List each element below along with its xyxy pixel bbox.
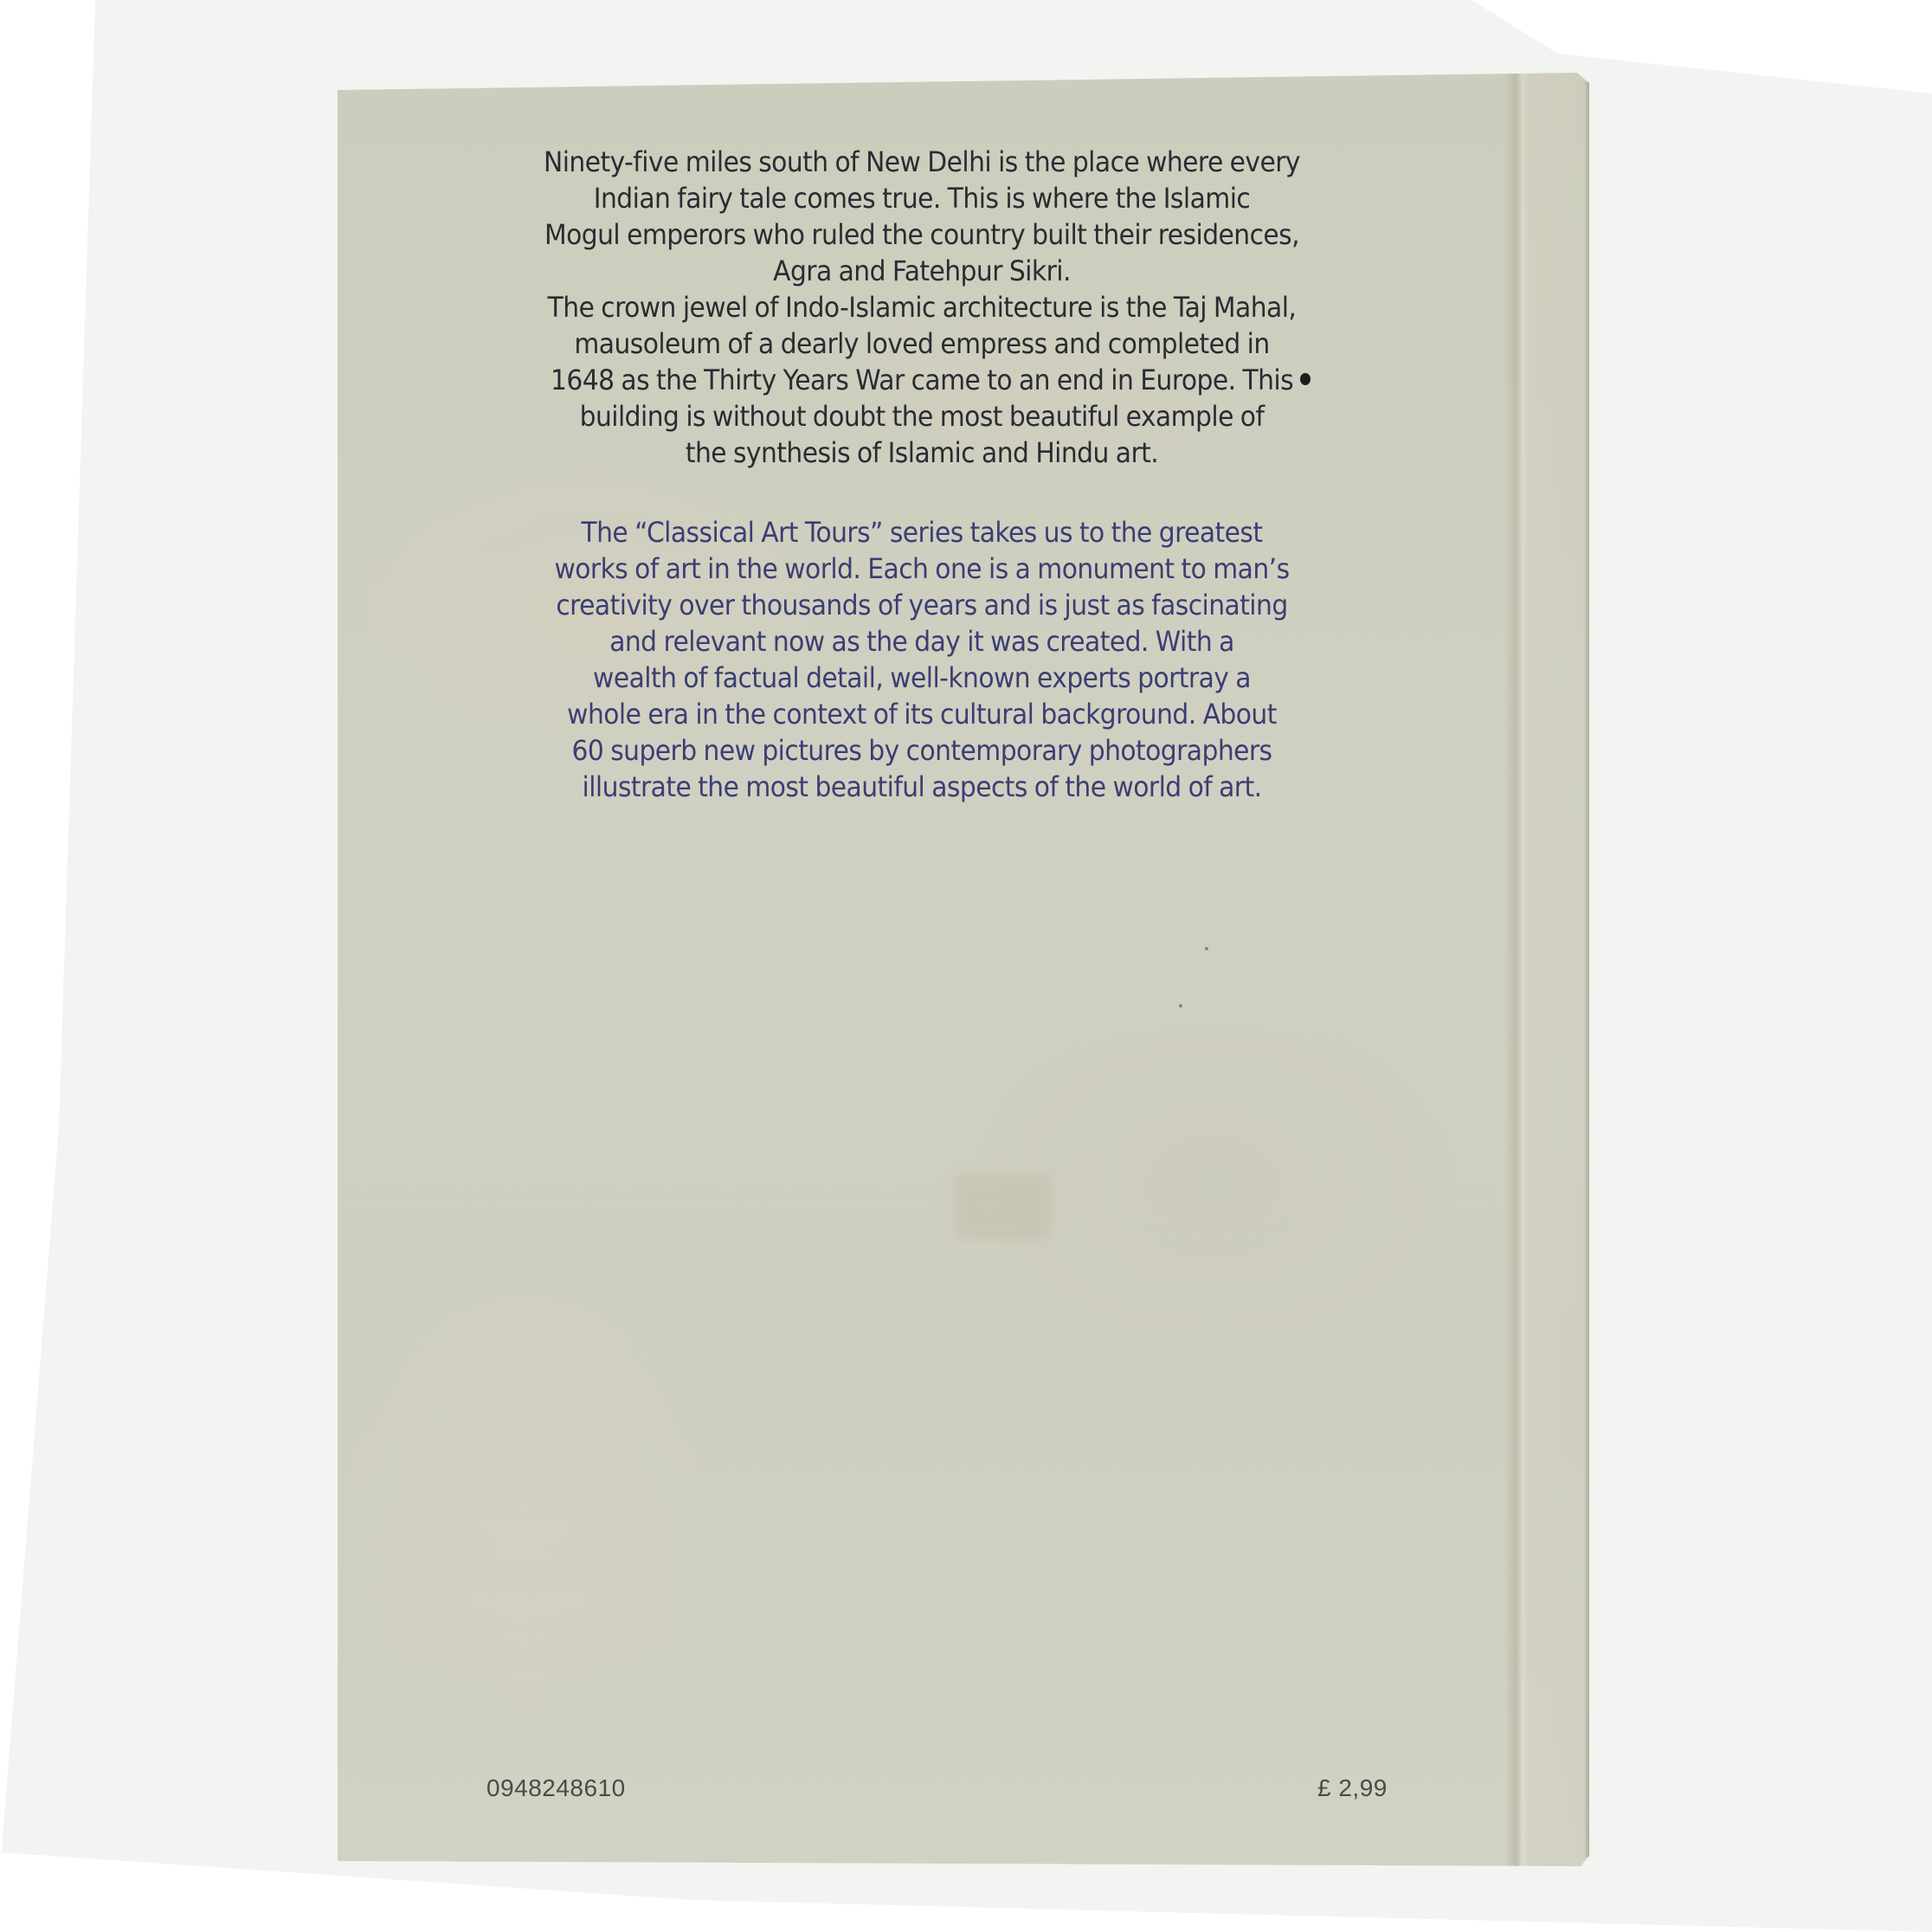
cover-right-edge [1584, 81, 1589, 1858]
blurb-line: Indian fairy tale comes true. This is wh… [483, 180, 1361, 216]
blurb-line: the synthesis of Islamic and Hindu art. [483, 435, 1361, 471]
blurb-line: Mogul emperors who ruled the country bui… [483, 216, 1361, 253]
blurb-line: The “Classical Art Tours” series takes u… [483, 514, 1361, 551]
blurb-line: 1648 as the Thirty Years War came to an … [483, 362, 1361, 398]
blurb-line: whole era in the context of its cultural… [483, 696, 1361, 732]
blurb-line: Ninety-five miles south of New Delhi is … [483, 144, 1361, 180]
spine-edge [1530, 73, 1589, 1866]
blurb-line: mausoleum of a dearly loved empress and … [483, 325, 1361, 362]
blurb-line: The crown jewel of Indo-Islamic architec… [483, 289, 1361, 325]
blurb-line: illustrate the most beautiful aspects of… [483, 769, 1361, 805]
blurb-line: and relevant now as the day it was creat… [483, 623, 1361, 660]
blurb-line: Agra and Fatehpur Sikri. [483, 253, 1361, 289]
dust-mark [1205, 947, 1208, 950]
blurb-line: works of art in the world. Each one is a… [483, 551, 1361, 587]
blurb-paragraph-1: Ninety-five miles south of New Delhi is … [483, 144, 1361, 471]
blurb-line: 60 superb new pictures by contemporary p… [483, 732, 1361, 769]
price-label: £ 2,99 [1317, 1774, 1388, 1802]
book-back-cover: Ninety-five miles south of New Delhi is … [338, 73, 1589, 1866]
isbn-number: 0948248610 [486, 1774, 626, 1802]
blurb-line: creativity over thousands of years and i… [483, 587, 1361, 623]
dust-mark [1179, 1004, 1182, 1008]
blurb-paragraph-2: The “Classical Art Tours” series takes u… [483, 514, 1361, 805]
photo-scene: Ninety-five miles south of New Delhi is … [0, 0, 1932, 1932]
blurb-line: building is without doubt the most beaut… [483, 398, 1361, 435]
blurb-line: wealth of factual detail, well-known exp… [483, 660, 1361, 696]
sticker-residue-mark [954, 1174, 1051, 1240]
spine-hinge [1504, 73, 1530, 1866]
